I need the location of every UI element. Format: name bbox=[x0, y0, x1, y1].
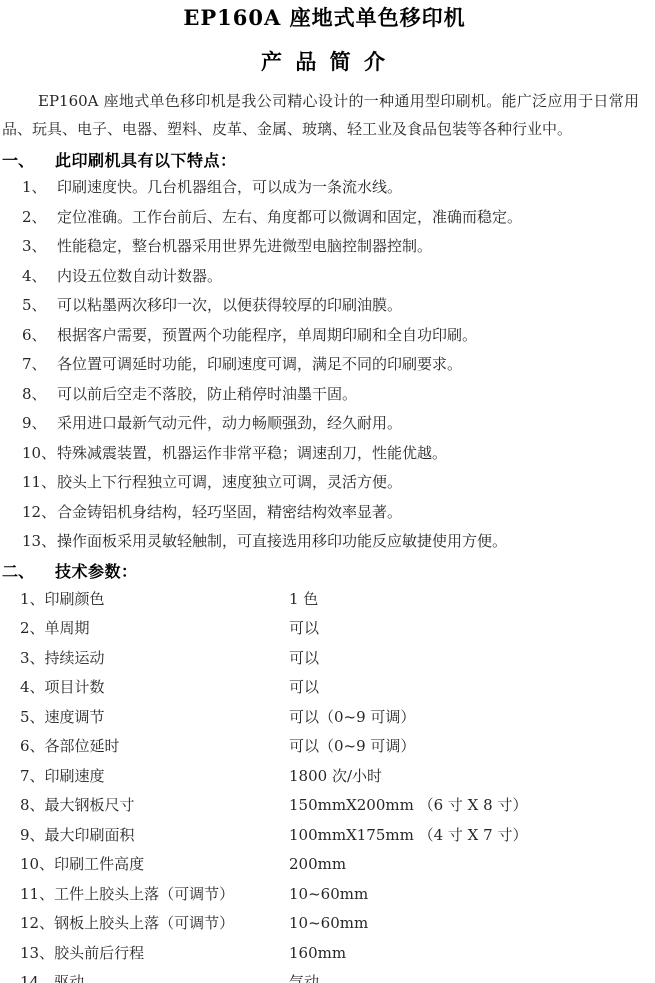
spec-row-value: 可以 bbox=[289, 678, 647, 696]
intro-paragraph: EP160A 座地式单色移印机是我公司精心设计的一种通用型印刷机。能广泛应用于日… bbox=[2, 88, 639, 143]
feature-item-number: 12、 bbox=[22, 503, 57, 521]
feature-item: 3、 性能稳定，整台机器采用世界先进微型电脑控制器控制。 bbox=[2, 237, 647, 255]
spec-row: 14、驱动 气动 bbox=[2, 973, 647, 983]
specs-list: 1、印刷颜色 1 色 2、单周期 可以 3、持续运动 可以 4、项目计数 可以 … bbox=[2, 590, 647, 983]
feature-item-text: 合金铸铝机身结构，轻巧坚固，精密结构效率显著。 bbox=[57, 503, 647, 521]
spec-row-value: 可以（0~9 可调） bbox=[289, 708, 647, 726]
features-list: 1、 印刷速度快。几台机器组合，可以成为一条流水线。 2、 定位准确。工作台前后… bbox=[2, 178, 647, 550]
spec-row: 10、印刷工件高度 200mm bbox=[2, 855, 647, 873]
feature-item: 12、 合金铸铝机身结构，轻巧坚固，精密结构效率显著。 bbox=[2, 503, 647, 521]
feature-item-text: 根据客户需要，预置两个功能程序，单周期印刷和全自功印刷。 bbox=[57, 326, 647, 344]
feature-item: 13、 操作面板采用灵敏轻触制，可直接选用移印功能反应敏捷使用方便。 bbox=[2, 532, 647, 550]
spec-row: 8、最大钢板尺寸 150mmX200mm （6 寸 X 8 寸） bbox=[2, 796, 647, 814]
feature-item-number: 2、 bbox=[22, 208, 57, 226]
spec-row-label: 11、工件上胶头上落（可调节） bbox=[20, 885, 289, 903]
feature-item-number: 5、 bbox=[22, 296, 57, 314]
spec-row-label: 9、最大印刷面积 bbox=[20, 826, 289, 844]
feature-item-text: 操作面板采用灵敏轻触制，可直接选用移印功能反应敏捷使用方便。 bbox=[57, 532, 647, 550]
feature-item-text: 定位准确。工作台前后、左右、角度都可以微调和固定，准确而稳定。 bbox=[57, 208, 647, 226]
feature-item-number: 6、 bbox=[22, 326, 57, 344]
spec-row-value: 可以（0~9 可调） bbox=[289, 737, 647, 755]
specs-section-number: 二、 bbox=[2, 562, 55, 582]
feature-item: 7、 各位置可调延时功能，印刷速度可调，满足不同的印刷要求。 bbox=[2, 355, 647, 373]
spec-row-label: 6、各部位延时 bbox=[20, 737, 289, 755]
feature-item-text: 内设五位数自动计数器。 bbox=[57, 267, 647, 285]
spec-row-value: 150mmX200mm （6 寸 X 8 寸） bbox=[289, 796, 647, 814]
document-subtitle: 产 品 简 介 bbox=[2, 48, 647, 75]
feature-item-number: 8、 bbox=[22, 385, 57, 403]
specs-section-title: 技术参数： bbox=[55, 562, 647, 582]
spec-row-label: 12、钢板上胶头上落（可调节） bbox=[20, 914, 289, 932]
spec-row-value: 10~60mm bbox=[289, 914, 647, 932]
feature-item: 6、 根据客户需要，预置两个功能程序，单周期印刷和全自功印刷。 bbox=[2, 326, 647, 344]
feature-item: 10、 特殊减震装置，机器运作非常平稳；调速刮刀，性能优越。 bbox=[2, 444, 647, 462]
feature-item-text: 印刷速度快。几台机器组合，可以成为一条流水线。 bbox=[57, 178, 647, 196]
spec-row-value: 可以 bbox=[289, 649, 647, 667]
spec-row: 3、持续运动 可以 bbox=[2, 649, 647, 667]
spec-row-label: 3、持续运动 bbox=[20, 649, 289, 667]
spec-row-value: 200mm bbox=[289, 855, 647, 873]
feature-item-number: 1、 bbox=[22, 178, 57, 196]
spec-row: 2、单周期 可以 bbox=[2, 619, 647, 637]
specs-section-heading: 二、 技术参数： bbox=[2, 562, 647, 582]
feature-item: 5、 可以粘墨两次移印一次，以便获得较厚的印刷油膜。 bbox=[2, 296, 647, 314]
feature-item-number: 10、 bbox=[22, 444, 57, 462]
feature-item-number: 13、 bbox=[22, 532, 57, 550]
feature-item: 1、 印刷速度快。几台机器组合，可以成为一条流水线。 bbox=[2, 178, 647, 196]
feature-item-number: 9、 bbox=[22, 414, 57, 432]
spec-row-value: 1 色 bbox=[289, 590, 647, 608]
spec-row: 13、胶头前后行程 160mm bbox=[2, 944, 647, 962]
spec-row: 1、印刷颜色 1 色 bbox=[2, 590, 647, 608]
features-section-number: 一、 bbox=[2, 151, 55, 171]
feature-item-number: 4、 bbox=[22, 267, 57, 285]
feature-item-text: 性能稳定，整台机器采用世界先进微型电脑控制器控制。 bbox=[57, 237, 647, 255]
spec-row: 6、各部位延时 可以（0~9 可调） bbox=[2, 737, 647, 755]
spec-row-value: 气动 bbox=[289, 973, 647, 983]
feature-item: 2、 定位准确。工作台前后、左右、角度都可以微调和固定，准确而稳定。 bbox=[2, 208, 647, 226]
spec-row-value: 1800 次/小时 bbox=[289, 767, 647, 785]
feature-item: 4、 内设五位数自动计数器。 bbox=[2, 267, 647, 285]
spec-row-label: 2、单周期 bbox=[20, 619, 289, 637]
spec-row-label: 4、项目计数 bbox=[20, 678, 289, 696]
feature-item: 8、 可以前后空走不落胶，防止稍停时油墨干固。 bbox=[2, 385, 647, 403]
feature-item-text: 可以粘墨两次移印一次，以便获得较厚的印刷油膜。 bbox=[57, 296, 647, 314]
spec-row: 9、最大印刷面积 100mmX175mm （4 寸 X 7 寸） bbox=[2, 826, 647, 844]
feature-item-number: 3、 bbox=[22, 237, 57, 255]
spec-row-label: 1、印刷颜色 bbox=[20, 590, 289, 608]
feature-item-text: 采用进口最新气动元件，动力畅顺强劲，经久耐用。 bbox=[57, 414, 647, 432]
features-section-heading: 一、 此印刷机具有以下特点： bbox=[2, 151, 647, 171]
spec-row-value: 可以 bbox=[289, 619, 647, 637]
spec-row: 7、印刷速度 1800 次/小时 bbox=[2, 767, 647, 785]
feature-item-text: 特殊减震装置，机器运作非常平稳；调速刮刀，性能优越。 bbox=[57, 444, 647, 462]
features-section-title: 此印刷机具有以下特点： bbox=[55, 151, 647, 171]
spec-row-label: 5、速度调节 bbox=[20, 708, 289, 726]
feature-item: 9、 采用进口最新气动元件，动力畅顺强劲，经久耐用。 bbox=[2, 414, 647, 432]
spec-row-value: 160mm bbox=[289, 944, 647, 962]
spec-row: 12、钢板上胶头上落（可调节） 10~60mm bbox=[2, 914, 647, 932]
feature-item: 11、 胶头上下行程独立可调，速度独立可调，灵活方便。 bbox=[2, 473, 647, 491]
document-title: EP160A 座地式单色移印机 bbox=[2, 5, 647, 31]
feature-item-number: 11、 bbox=[22, 473, 57, 491]
feature-item-text: 可以前后空走不落胶，防止稍停时油墨干固。 bbox=[57, 385, 647, 403]
spec-row-label: 10、印刷工件高度 bbox=[20, 855, 289, 873]
spec-row: 5、速度调节 可以（0~9 可调） bbox=[2, 708, 647, 726]
feature-item-number: 7、 bbox=[22, 355, 57, 373]
feature-item-text: 胶头上下行程独立可调，速度独立可调，灵活方便。 bbox=[57, 473, 647, 491]
spec-row: 11、工件上胶头上落（可调节） 10~60mm bbox=[2, 885, 647, 903]
feature-item-text: 各位置可调延时功能，印刷速度可调，满足不同的印刷要求。 bbox=[57, 355, 647, 373]
spec-row-label: 7、印刷速度 bbox=[20, 767, 289, 785]
document-page: EP160A 座地式单色移印机 产 品 简 介 EP160A 座地式单色移印机是… bbox=[0, 0, 655, 983]
spec-row-value: 100mmX175mm （4 寸 X 7 寸） bbox=[289, 826, 647, 844]
spec-row-label: 8、最大钢板尺寸 bbox=[20, 796, 289, 814]
spec-row: 4、项目计数 可以 bbox=[2, 678, 647, 696]
spec-row-label: 13、胶头前后行程 bbox=[20, 944, 289, 962]
spec-row-label: 14、驱动 bbox=[20, 973, 289, 983]
spec-row-value: 10~60mm bbox=[289, 885, 647, 903]
